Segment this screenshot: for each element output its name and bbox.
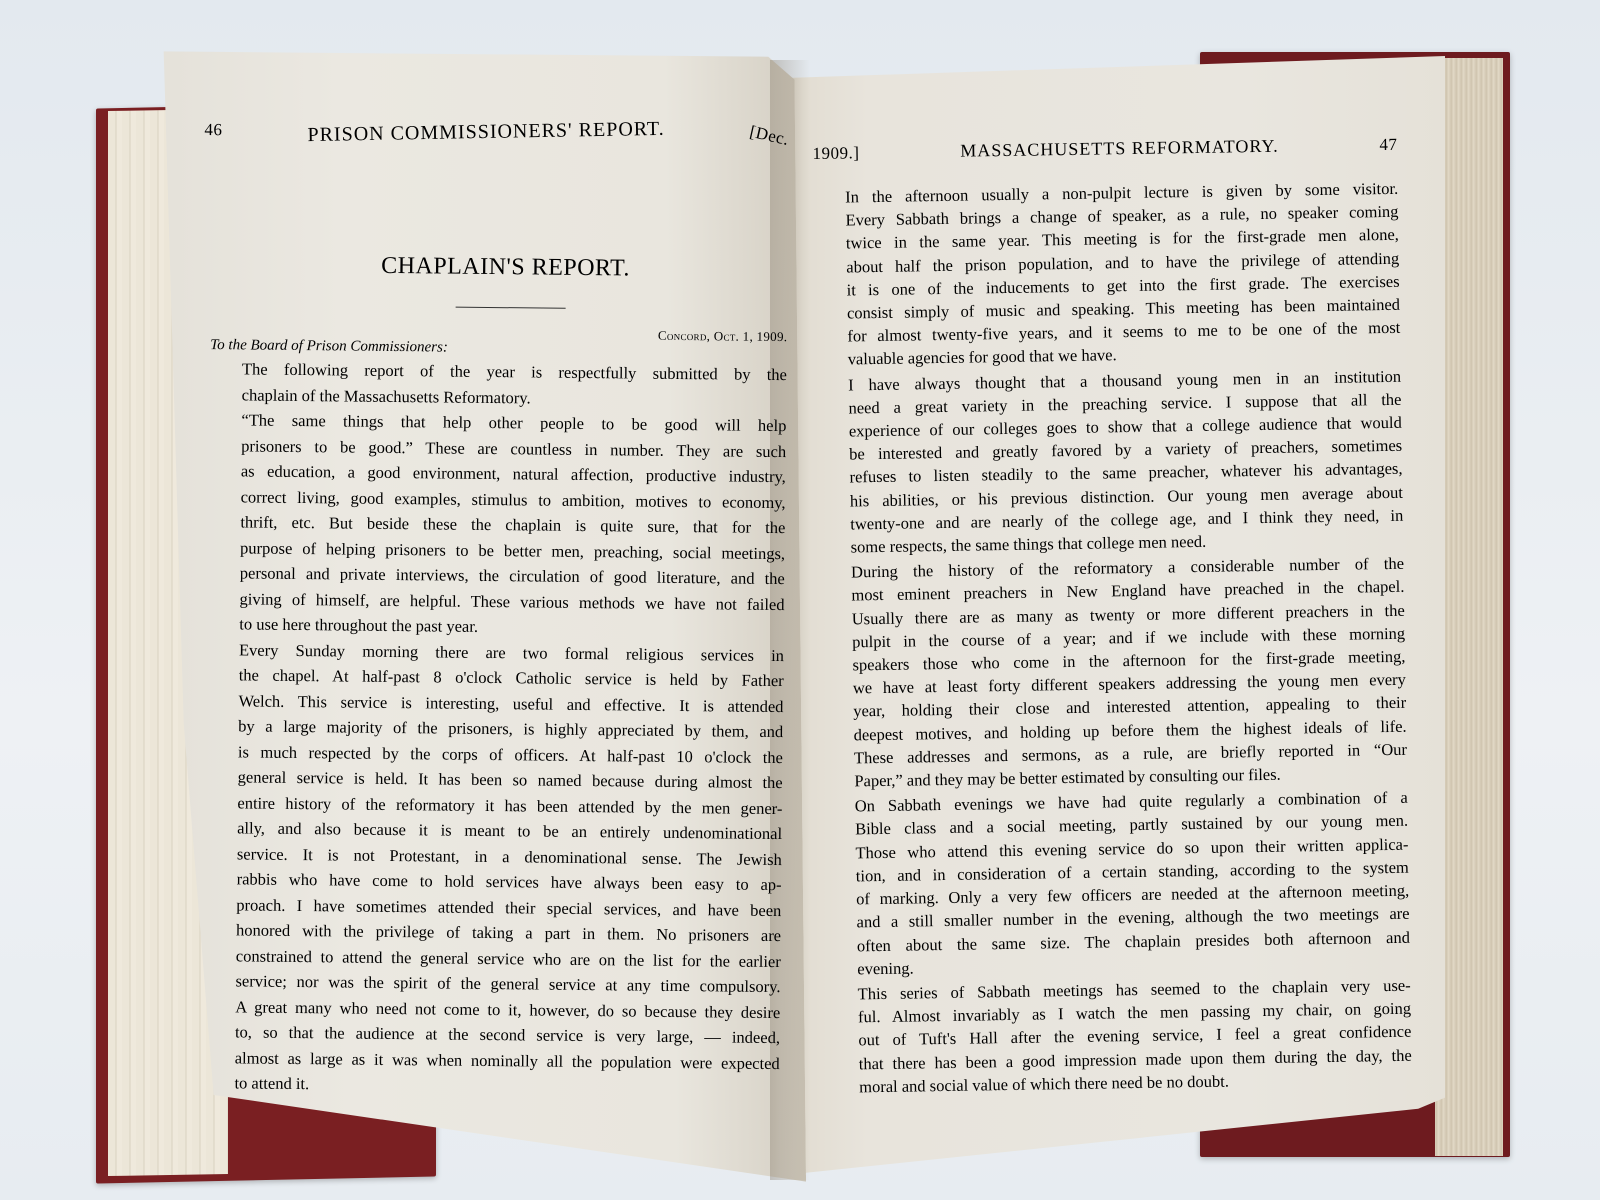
title-rule (455, 307, 565, 309)
right-paragraph-2: I have always thought that a thousand yo… (820, 364, 1404, 559)
left-paragraph-1: The following report of the year is resp… (214, 356, 788, 413)
left-page-number: 46 (204, 120, 222, 140)
right-paragraph-1: In the afternoon usually a non-pulpit le… (817, 177, 1401, 372)
right-page-body: In the afternoon usually a non-pulpit le… (813, 177, 1412, 1099)
page-stack-right (1435, 58, 1503, 1156)
left-running-head: 46 PRISON COMMISSIONERS' REPORT. [Dec. (204, 80, 790, 147)
left-paragraph-3: Every Sunday morning there are two forma… (206, 637, 784, 1102)
left-page-content: 46 PRISON COMMISSIONERS' REPORT. [Dec. C… (194, 80, 790, 1102)
left-paragraph-2: “The same things that help other people … (211, 407, 786, 642)
right-paragraph-4: On Sabbath evenings we have had quite re… (827, 786, 1411, 981)
left-running-date: [Dec. (748, 122, 791, 150)
right-page-number: 47 (1379, 135, 1397, 155)
chapter-title: CHAPLAIN'S REPORT. (223, 251, 788, 284)
right-paragraph-3: During the history of the reformatory a … (823, 552, 1408, 793)
right-running-date: 1909.] (812, 143, 859, 164)
left-running-title: PRISON COMMISSIONERS' REPORT. (307, 118, 665, 147)
right-running-title: MASSACHUSETTS REFORMATORY. (960, 136, 1279, 162)
right-running-head: 1909.] MASSACHUSETTS REFORMATORY. 47 (812, 113, 1398, 164)
right-page-content: 1909.] MASSACHUSETTS REFORMATORY. 47 In … (812, 113, 1412, 1099)
right-paragraph-5: This series of Sabbath meetings has seem… (830, 974, 1413, 1099)
